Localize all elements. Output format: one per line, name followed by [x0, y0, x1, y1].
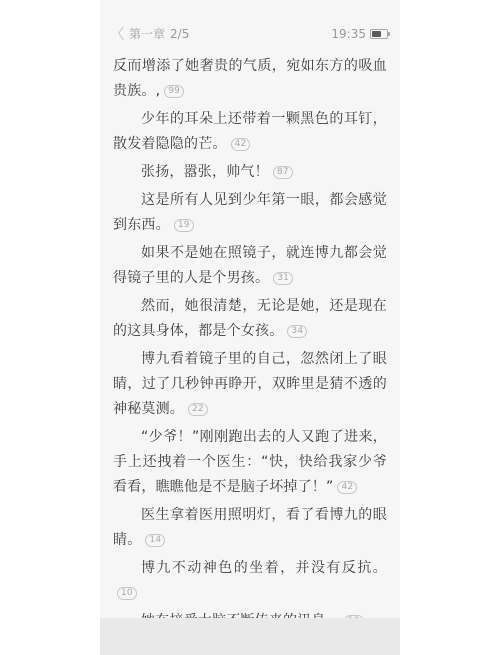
back-chevron-icon[interactable]: 〈: [112, 26, 124, 43]
paragraph: 医生拿着医用照明灯，看了看博九的眼睛。14: [113, 503, 387, 553]
reader-header: 〈 第一章 2/5 19:35: [100, 0, 400, 41]
comment-count-badge[interactable]: 22: [188, 403, 208, 416]
paragraph: 博九不动神色的坐着，并没有反抗。10: [113, 556, 387, 606]
paragraph: 反而增添了她奢贵的气质，宛如东方的吸血贵族。,99: [113, 54, 387, 104]
paragraph-text: 反而增添了她奢贵的气质，宛如东方的吸血贵族。,: [113, 58, 387, 99]
page-indicator: 2/5: [170, 27, 189, 41]
battery-icon: [370, 29, 388, 39]
comment-count-badge[interactable]: 31: [273, 272, 293, 285]
reading-content: 反而增添了她奢贵的气质，宛如东方的吸血贵族。,99 少年的耳朵上还带着一颗黑色的…: [100, 41, 400, 634]
paragraph-text: 博九不动神色的坐着，并没有反抗。: [141, 560, 387, 576]
paragraph: 如果不是她在照镜子，就连博九都会觉得镜子里的人是个男孩。31: [113, 241, 387, 291]
reader-page: 〈 第一章 2/5 19:35 反而增添了她奢贵的气质，宛如东方的吸血贵族。,9…: [100, 0, 400, 618]
paragraph-text: 博九看着镜子里的自己，忽然闭上了眼睛，过了几秒钟再睁开，双眸里是猜不透的神秘莫测…: [113, 351, 387, 417]
paragraph-text: 少年的耳朵上还带着一颗黑色的耳钉，散发着隐隐的芒。: [113, 111, 387, 152]
comment-count-badge[interactable]: 10: [117, 587, 137, 600]
paragraph-text: 如果不是她在照镜子，就连博九都会觉得镜子里的人是个男孩。: [113, 245, 387, 286]
comment-count-badge[interactable]: 99: [164, 85, 184, 98]
paragraph-text: 这是所有人见到少年第一眼，都会感觉到东西。: [113, 192, 387, 233]
bottom-bar: [100, 618, 400, 655]
paragraph: 这是所有人见到少年第一眼，都会感觉到东西。19: [113, 188, 387, 238]
paragraph-text: 然而，她很清楚，无论是她，还是现在的这具身体，都是个女孩。: [113, 298, 387, 339]
paragraph: 博九看着镜子里的自己，忽然闭上了眼睛，过了几秒钟再睁开，双眸里是猜不透的神秘莫测…: [113, 347, 387, 422]
status-time: 19:35: [331, 27, 366, 41]
paragraph-text: 张扬，嚣张，帅气！: [141, 164, 269, 180]
paragraph: 然而，她很清楚，无论是她，还是现在的这具身体，都是个女孩。34: [113, 294, 387, 344]
paragraph: 张扬，嚣张，帅气！87: [113, 160, 387, 185]
paragraph: 少年的耳朵上还带着一颗黑色的耳钉，散发着隐隐的芒。42: [113, 107, 387, 157]
comment-count-badge[interactable]: 34: [287, 325, 307, 338]
comment-count-badge[interactable]: 42: [231, 138, 251, 151]
comment-count-badge[interactable]: 42: [337, 481, 357, 494]
comment-count-badge[interactable]: 19: [174, 219, 194, 232]
chapter-title: 第一章: [129, 27, 165, 41]
paragraph: “少爷！”刚刚跑出去的人又跑了进来，手上还拽着一个医生：“快，快给我家少爷看看，…: [113, 425, 387, 500]
comment-count-badge[interactable]: 87: [273, 166, 293, 179]
comment-count-badge[interactable]: 14: [145, 534, 165, 547]
